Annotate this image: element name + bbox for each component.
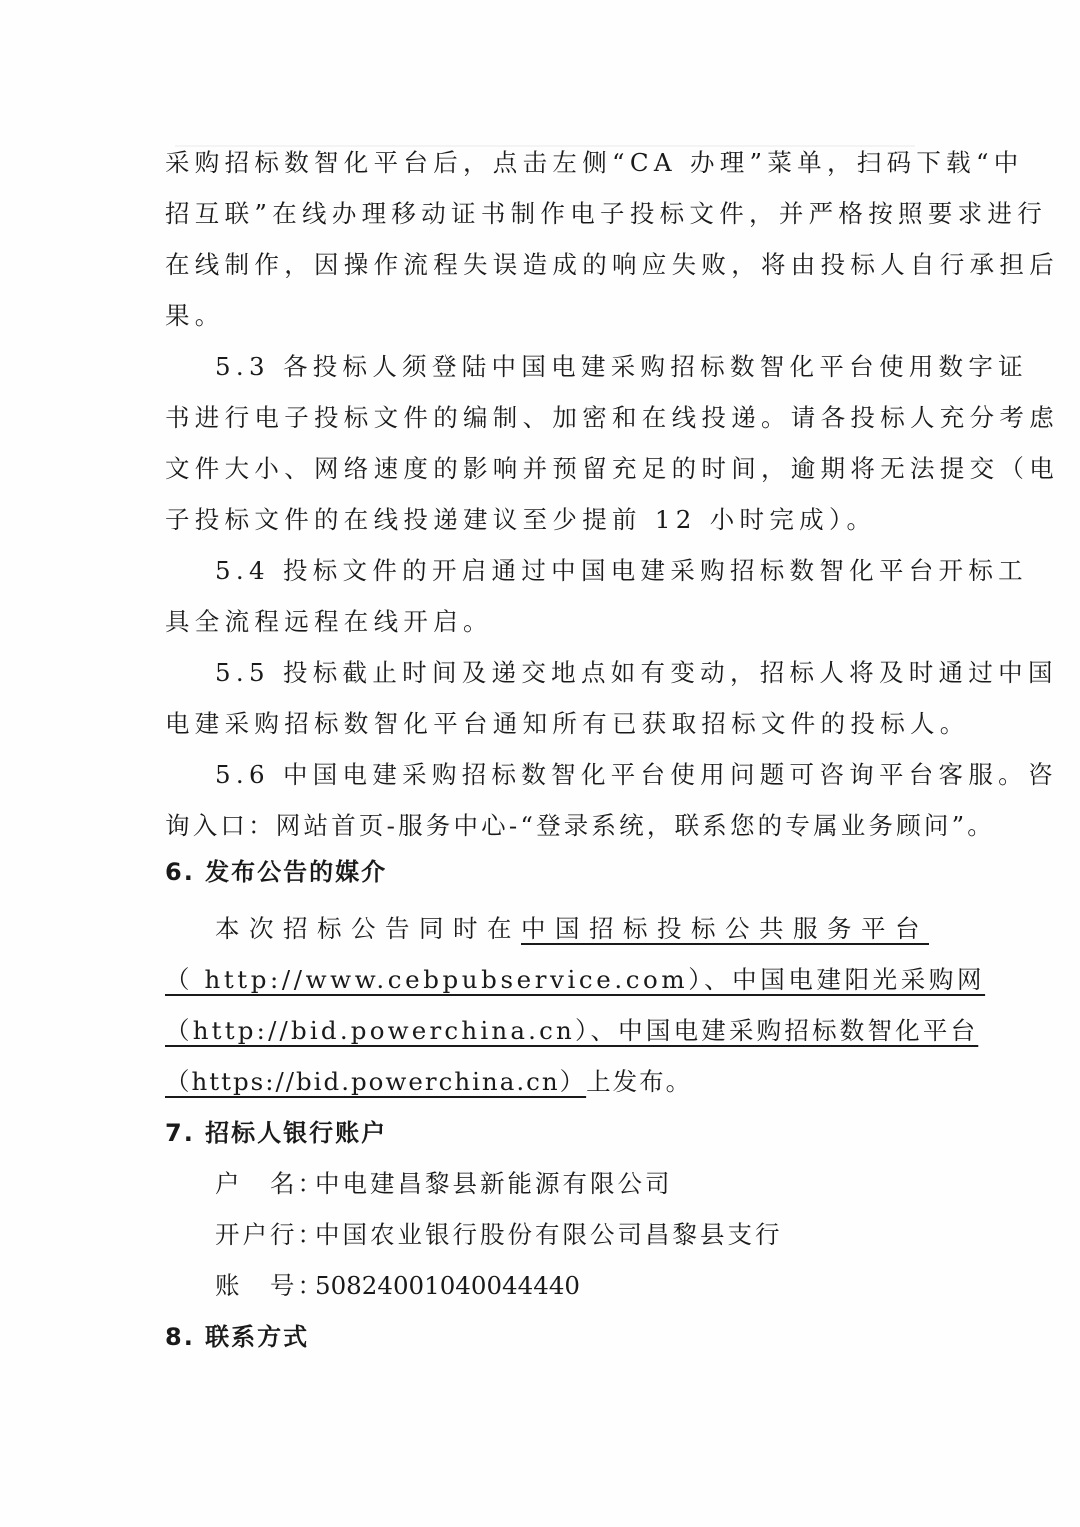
account-name-row: 户 名：中电建昌黎县新能源有限公司 — [215, 1164, 915, 1204]
link-cebpubservice[interactable]: 中国招标投标公共服务平台 — [521, 914, 929, 943]
account-name-value: 中电建昌黎县新能源有限公司 — [315, 1169, 673, 1198]
section-heading-8: 8. 联系方式 — [165, 1317, 917, 1357]
paragraph-line: 电建采购招标数智化平台通知所有已获取招标文件的投标人。 — [165, 704, 917, 744]
paragraph-line: 5.3 各投标人须登陆中国电建采购招标数智化平台使用数字证 — [215, 347, 917, 387]
bank-row: 开户行：中国农业银行股份有限公司昌黎县支行 — [215, 1215, 915, 1255]
paragraph-line: 在线制作，因操作流程失误造成的响应失败，将由投标人自行承担后 — [165, 245, 917, 285]
paragraph-line: 5.6 中国电建采购招标数智化平台使用问题可咨询平台客服。咨 — [215, 755, 917, 795]
account-name-label: 户 名： — [215, 1164, 315, 1204]
paragraph-line: 文件大小、网络速度的影响并预留充足的时间，逾期将无法提交（电 — [165, 449, 917, 489]
bank-label: 开户行： — [215, 1215, 315, 1255]
paragraph-line: 本次招标公告同时在中国招标投标公共服务平台 — [215, 909, 917, 949]
account-no-value: 50824001040044440 — [315, 1271, 580, 1300]
section-heading-6: 6. 发布公告的媒介 — [165, 852, 917, 892]
paragraph-line: 果。 — [165, 296, 917, 336]
paragraph-line: 书进行电子投标文件的编制、加密和在线投递。请各投标人充分考虑 — [165, 398, 917, 438]
bank-value: 中国农业银行股份有限公司昌黎县支行 — [315, 1220, 783, 1249]
paragraph-line: 采购招标数智化平台后，点击左侧“CA 办理”菜单，扫码下载“中 — [165, 143, 917, 183]
text: 本次招标公告同时在 — [215, 914, 521, 943]
account-no-label: 账 号： — [215, 1266, 315, 1306]
paragraph-line: 具全流程远程在线开启。 — [165, 602, 917, 642]
document-page: 采购招标数智化平台后，点击左侧“CA 办理”菜单，扫码下载“中 招互联”在线办理… — [0, 0, 1080, 1527]
link-powerchina-bid[interactable]: （http://bid.powerchina.cn）、中国电建采购招标数智化平台 — [165, 1011, 917, 1051]
paragraph-line: 5.5 投标截止时间及递交地点如有变动，招标人将及时通过中国 — [215, 653, 917, 693]
link-powerchina-sunshine[interactable]: （ http://www.cebpubservice.com）、中国电建阳光采购… — [165, 960, 917, 1000]
section-heading-7: 7. 招标人银行账户 — [165, 1113, 917, 1153]
paragraph-line: 询入口：网站首页-服务中心-“登录系统，联系您的专属业务顾问”。 — [165, 806, 917, 846]
link-powerchina-https[interactable]: （https://bid.powerchina.cn） — [165, 1067, 586, 1096]
text: 上发布。 — [586, 1067, 692, 1096]
account-no-row: 账 号：50824001040044440 — [215, 1266, 915, 1306]
paragraph-line: （https://bid.powerchina.cn）上发布。 — [165, 1062, 917, 1102]
paragraph-line: 子投标文件的在线投递建议至少提前 12 小时完成）。 — [165, 500, 917, 540]
paragraph-line: 5.4 投标文件的开启通过中国电建采购招标数智化平台开标工 — [215, 551, 917, 591]
paragraph-line: 招互联”在线办理移动证书制作电子投标文件，并严格按照要求进行 — [165, 194, 917, 234]
